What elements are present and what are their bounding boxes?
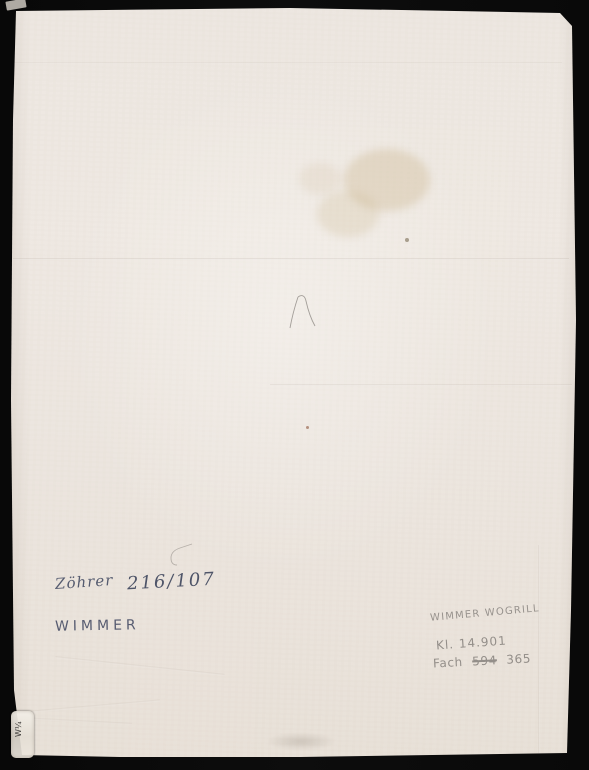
paper-sheet: Zöhrer 216/107 WIMMER WIMMER WOGRILL Kl.… [0,0,589,770]
stain [317,191,379,237]
speck [405,238,409,242]
fach-label: Fach [433,655,463,671]
stray-sheet-sliver [5,0,26,11]
archive-tab-sticker: W¼ [11,711,34,758]
stain [299,163,341,195]
annotation-caps-name: WIMMER [55,617,140,634]
embossed-stamp [268,733,334,750]
speck [306,426,309,429]
fach-new-number: 365 [506,651,531,666]
archive-tab-label: W¼ [14,721,23,737]
fach-old-number-struck: 594 [472,653,497,668]
photo-of-paper-verso: Zöhrer 216/107 WIMMER WIMMER WOGRILL Kl.… [0,0,589,770]
